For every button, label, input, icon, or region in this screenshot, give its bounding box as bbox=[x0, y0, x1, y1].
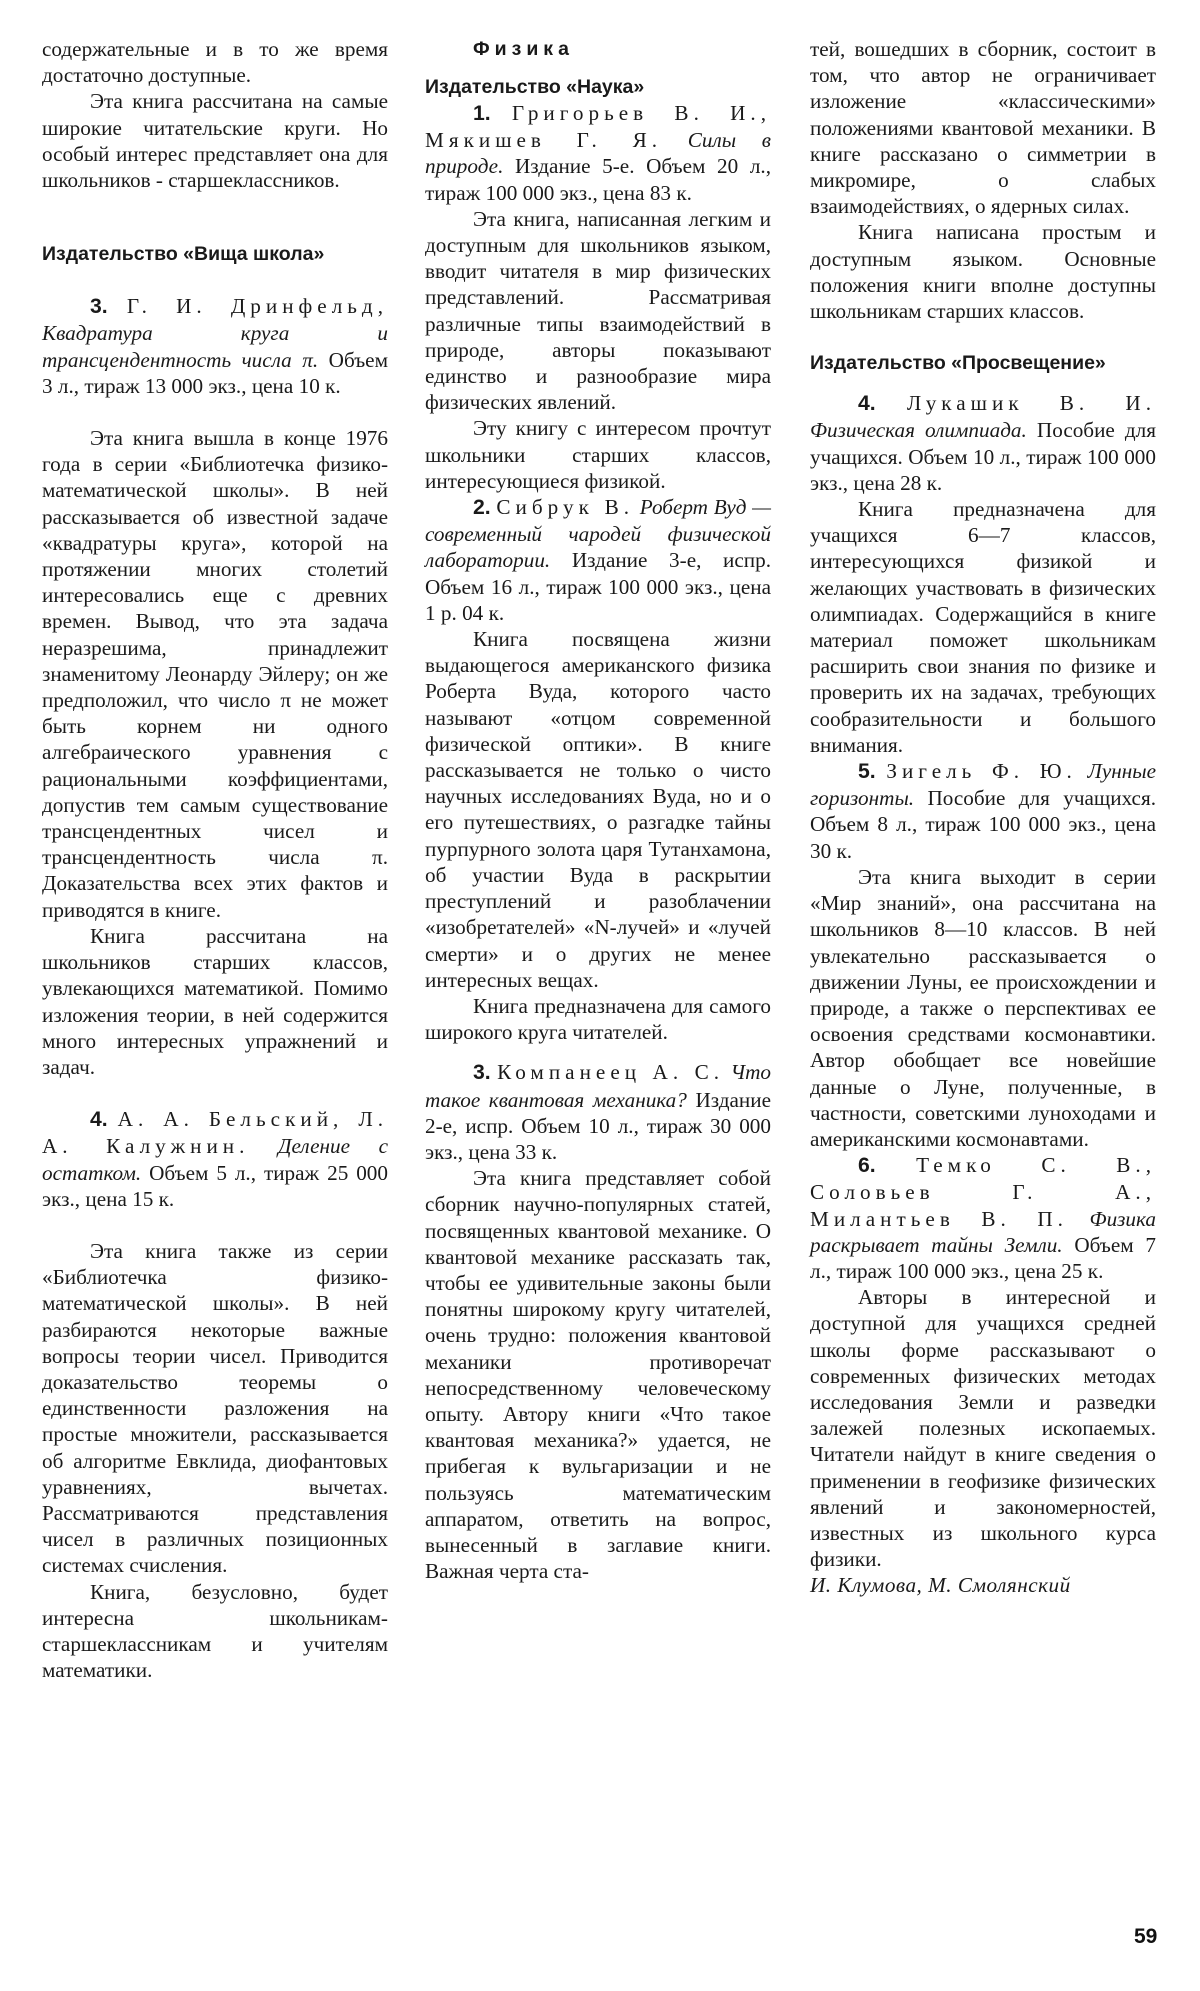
book-number: 1. bbox=[473, 102, 491, 125]
section-title-physics: Физика bbox=[425, 36, 771, 62]
book-review: Книга предназначена для самого широкого … bbox=[425, 993, 771, 1045]
book-review: Книга предназначена для учащихся 6—7 кла… bbox=[810, 496, 1156, 758]
book-review: Эта книга также из серии «Библиотечка фи… bbox=[42, 1238, 388, 1579]
book-author: Лукашик В. И. bbox=[907, 391, 1156, 415]
book-review: Книга, безусловно, будет интересна школь… bbox=[42, 1579, 388, 1684]
book-entry-4-lukashik: 4. Лукашик В. И. Физическая олимпиада. П… bbox=[810, 390, 1156, 496]
book-review: Книга посвящена жизни выдающегося америк… bbox=[425, 626, 771, 993]
book-entry-4-belsky: 4. А. А. Бельский, Л. А. Калужнин. Делен… bbox=[42, 1106, 388, 1212]
book-review: Эта книга представляет собой сборник нау… bbox=[425, 1165, 771, 1584]
book-number: 4. bbox=[858, 392, 876, 415]
book-entry-1-grigoriev: 1. Григорьев В. И., Мякишев Г. Я. Силы в… bbox=[425, 100, 771, 206]
book-number: 2. bbox=[473, 496, 491, 519]
book-entry-3-drinfeld: 3. Г. И. Дринфельд, Квадратура круга и т… bbox=[42, 293, 388, 399]
intro-audience: Эта книга рассчитана на самые широкие чи… bbox=[42, 88, 388, 193]
book-review: Авторы в интересной и доступной для учащ… bbox=[810, 1284, 1156, 1572]
review-continuation: Книга написана простым и доступным языко… bbox=[810, 219, 1156, 324]
book-number: 3. bbox=[90, 295, 108, 318]
publisher-heading-vyshcha-shkola: Издательство «Вища школа» bbox=[42, 241, 388, 267]
book-number: 6. bbox=[858, 1154, 876, 1177]
middle-column: Физика Издательство «Наука» 1. Григорьев… bbox=[425, 36, 771, 1584]
book-entry-2-seabrook: 2. Сибрук В. Роберт Вуд — современный ча… bbox=[425, 494, 771, 626]
page-number: 59 bbox=[1134, 1925, 1157, 1949]
book-review: Эта книга, написанная легким и доступным… bbox=[425, 206, 771, 416]
publisher-heading-prosveshchenie: Издательство «Просвещение» bbox=[810, 350, 1156, 376]
publisher-heading-nauka: Издательство «Наука» bbox=[425, 74, 771, 100]
author-signature: И. Клумова, М. Смолянский bbox=[810, 1572, 1156, 1598]
book-review: Эту книгу с интересом прочтут школьники … bbox=[425, 415, 771, 494]
book-review: Книга рассчитана на школьников старших к… bbox=[42, 923, 388, 1080]
book-author: Компанеец А. С. bbox=[497, 1060, 724, 1084]
book-review: Эта книга вышла в конце 1976 года в сери… bbox=[42, 425, 388, 923]
book-author: Сибрук В. bbox=[496, 495, 634, 519]
intro-continuation: содержательные и в то же время достаточн… bbox=[42, 36, 388, 88]
book-entry-6-temko: 6. Темко С. В., Соловьев Г. А., Милантье… bbox=[810, 1152, 1156, 1284]
book-review: Эта книга выходит в серии «Мир знаний», … bbox=[810, 864, 1156, 1152]
book-author: Зигель Ф. Ю. bbox=[886, 759, 1076, 783]
magazine-page: содержательные и в то же время достаточн… bbox=[0, 0, 1200, 1991]
book-title: Физическая олимпиада. bbox=[810, 418, 1027, 442]
left-column: содержательные и в то же время достаточн… bbox=[42, 36, 388, 1683]
book-entry-3-kompaneets: 3. Компанеец А. С. Что такое квантовая м… bbox=[425, 1059, 771, 1165]
right-column: тей, вошедших в сборник, состоит в том, … bbox=[810, 36, 1156, 1599]
book-author: Г. И. Дринфельд, bbox=[127, 294, 388, 318]
book-entry-5-zigel: 5. Зигель Ф. Ю. Лунные горизонты. Пособи… bbox=[810, 758, 1156, 864]
review-continuation: тей, вошедших в сборник, состоит в том, … bbox=[810, 36, 1156, 219]
book-number: 4. bbox=[90, 1108, 108, 1131]
book-number: 5. bbox=[858, 760, 876, 783]
book-number: 3. bbox=[473, 1061, 491, 1084]
